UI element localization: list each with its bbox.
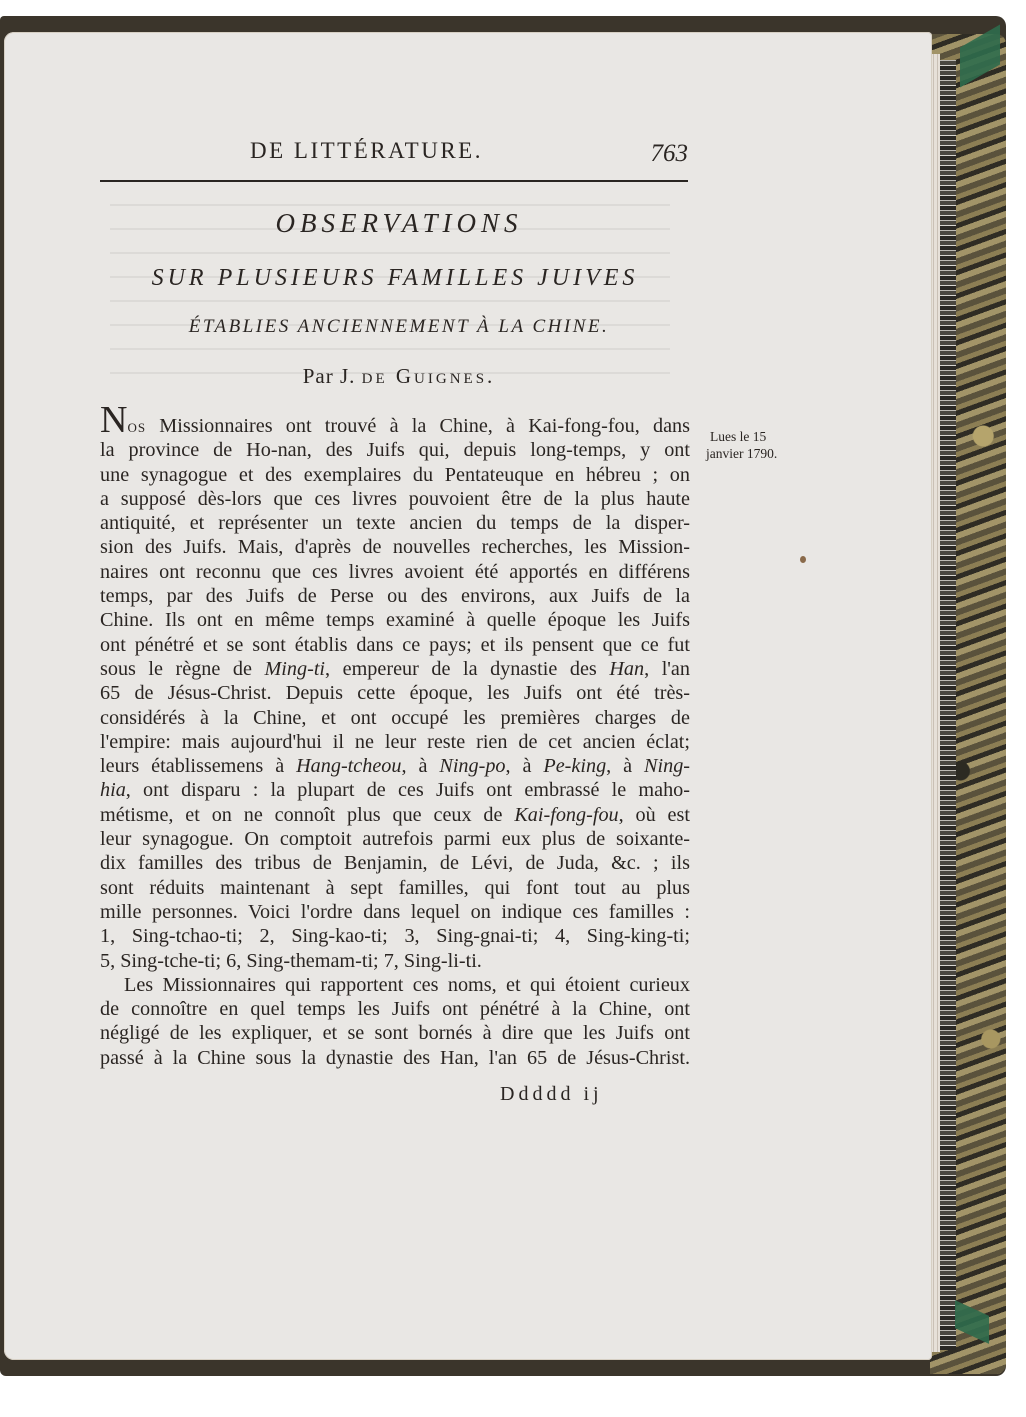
signature-mark: Ddddd ij bbox=[500, 1083, 603, 1106]
text-line: naires ont reconnu que ces livres avoien… bbox=[100, 560, 690, 584]
byline-prefix: Par J. bbox=[303, 364, 356, 388]
text-line: 5, Sing-tche-ti; 6, Sing-themam-ti; 7, S… bbox=[100, 949, 690, 973]
text-line: ont pénétré et se sont établis dans ce p… bbox=[100, 633, 690, 657]
text-line: a supposé dès-lors que ces livres pouvoi… bbox=[100, 487, 690, 511]
margin-note-line-1: Lues le 15 bbox=[706, 428, 816, 445]
margin-note: Lues le 15 janvier 1790. bbox=[706, 428, 816, 462]
running-head: DE LITTÉRATURE. 763 bbox=[100, 138, 688, 170]
text-line: considérés à la Chine, et ont occupé les… bbox=[100, 706, 690, 730]
article-subtitle-2: ÉTABLIES ANCIENNEMENT À LA CHINE. bbox=[100, 316, 698, 338]
text-line: temps, par des Juifs de Perse ou des env… bbox=[100, 584, 690, 608]
text-line: leur synagogue. On comptoit autrefois pa… bbox=[100, 827, 690, 851]
dynasty-name: Han bbox=[609, 658, 644, 680]
text-line: antiquité, et représenter un texte ancie… bbox=[100, 511, 690, 535]
text-line: Nos Missionnaires ont trouvé à la Chine,… bbox=[100, 410, 690, 438]
text-line: sion des Juifs. Mais, d'après de nouvell… bbox=[100, 535, 690, 559]
text-line: Chine. Ils ont en même temps examiné à q… bbox=[100, 608, 690, 632]
marbled-endpaper bbox=[940, 60, 956, 1350]
running-head-title: DE LITTÉRATURE. bbox=[250, 138, 483, 164]
text-line: 65 de Jésus-Christ. Depuis cette époque,… bbox=[100, 681, 690, 705]
text-line: leurs établissemens à Hang-tcheou, à Nin… bbox=[100, 754, 690, 778]
author-name: de Guignes. bbox=[362, 364, 496, 388]
margin-note-line-2: janvier 1790. bbox=[706, 446, 777, 461]
text-line: dix familles des tribus de Benjamin, de … bbox=[100, 851, 690, 875]
article-subtitle: SUR PLUSIEURS FAMILLES JUIVES bbox=[100, 265, 690, 292]
page-number: 763 bbox=[651, 140, 689, 168]
text-line: sont réduits maintenant à sept familles,… bbox=[100, 876, 690, 900]
text-line: Les Missionnaires qui rapportent ces nom… bbox=[100, 973, 690, 997]
header-rule bbox=[100, 180, 688, 182]
text-line: 1, Sing-tchao-ti; 2, Sing-kao-ti; 3, Sin… bbox=[100, 924, 690, 948]
text-line: une synagogue et des exemplaires du Pent… bbox=[100, 463, 690, 487]
text-line: l'empire: mais aujourd'hui il ne leur re… bbox=[100, 730, 690, 754]
text-line: hia, ont disparu : la plupart de ces Jui… bbox=[100, 778, 690, 802]
emperor-name: Ming-ti bbox=[264, 658, 325, 680]
text-line: de connoître en quel temps les Juifs ont… bbox=[100, 997, 690, 1021]
drop-cap: N bbox=[100, 399, 127, 441]
text-line: passé à la Chine sous la dynastie des Ha… bbox=[100, 1046, 690, 1070]
text-line: mille personnes. Voici l'ordre dans lequ… bbox=[100, 900, 690, 924]
text-line: métisme, et on ne connoît plus que ceux … bbox=[100, 803, 690, 827]
article-title: OBSERVATIONS bbox=[100, 208, 698, 239]
text-line: sous le règne de Ming-ti, empereur de la… bbox=[100, 657, 690, 681]
text-line: négligé de les expliquer, et se sont bor… bbox=[100, 1021, 690, 1045]
text-line: la province de Ho-nan, des Juifs qui, de… bbox=[100, 438, 690, 462]
byline: Par J. de Guignes. bbox=[100, 364, 698, 389]
foxing-spot bbox=[800, 556, 806, 563]
first-word-rest: os bbox=[127, 416, 146, 436]
body-text: Nos Missionnaires ont trouvé à la Chine,… bbox=[100, 410, 690, 1070]
